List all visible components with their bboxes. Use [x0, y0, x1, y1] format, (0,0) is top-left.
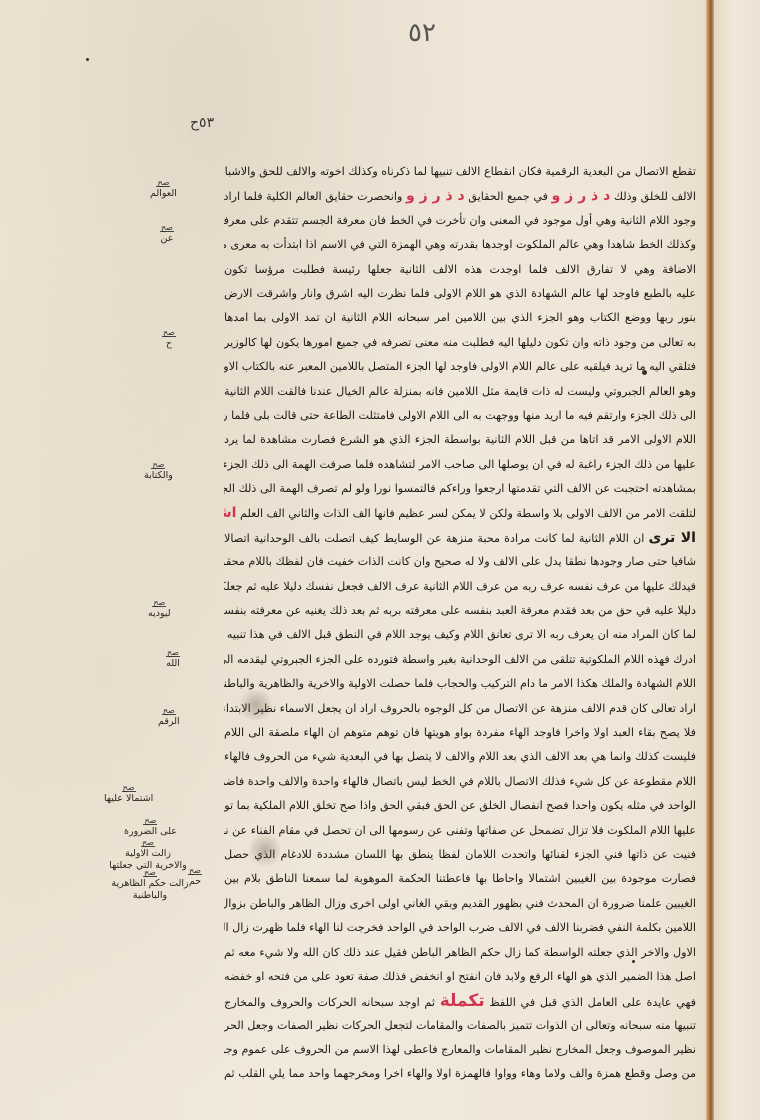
- text-line: عليها اللام الملكوت فلا تزال تضمحل عن صف…: [224, 819, 696, 843]
- body-text: تنبيها منه سبحانه وتعالى ان الذوات تتميز…: [224, 1019, 696, 1032]
- text-line: تنبيها منه سبحانه وتعالى ان الذوات تتميز…: [224, 1014, 696, 1038]
- margin-gloss-text: على الضرورة: [124, 826, 177, 837]
- text-line: بمشاهدته احتجبت عن الالف التي تقدمتها ار…: [224, 477, 696, 501]
- body-text: فصارت موجودة بين الغيبين اشتمالا واحاطا …: [224, 872, 696, 885]
- ink-smudge: [250, 830, 280, 870]
- body-text: فتلقي اليه ما تريد فيلقيه على عالم اللام…: [224, 360, 696, 373]
- body-text: شافيا حتى صار وجودها نطقا يدل على الالف …: [224, 555, 696, 568]
- text-line: بنور ربها ووضع الكتاب وهو الجزء الذي بين…: [224, 306, 696, 330]
- sah-mark-icon: صح: [143, 870, 157, 877]
- binding-gutter: [706, 0, 714, 1120]
- body-text: الالف للخلق وذلك: [614, 190, 696, 203]
- body-text: اصل هذا الضمير الذي هو الهاء الرفع ولابد…: [224, 970, 696, 983]
- body-text: اللام الشهادة والملك هكذا الامر ما دام ا…: [224, 677, 696, 690]
- text-line: عليه بالطبع فاوجد لها عالم الشهادة الذي …: [224, 282, 696, 306]
- text-line: فنيت عن ذاتها فني الجزء لفنائها واتحدت ا…: [224, 843, 696, 867]
- sah-mark-icon: صح: [122, 785, 136, 792]
- text-line: دليلا عليه في حق من بعد فقدم معرفة العبد…: [224, 599, 696, 623]
- sah-mark-icon: صح: [152, 600, 166, 607]
- text-line: الالف للخلق وذلك د ذ ر ز و في جميع الحقا…: [224, 184, 696, 208]
- margin-gloss-text: العوالم: [150, 188, 177, 199]
- margin-gloss: صحح: [162, 330, 176, 350]
- text-line: الى ذلك الجزء وارتقم فيه ما اريد منها وو…: [224, 404, 696, 428]
- text-line: شافيا حتى صار وجودها نطقا يدل على الالف …: [224, 550, 696, 574]
- body-text: فنيت عن ذاتها فني الجزء لفنائها واتحدت ا…: [224, 848, 696, 861]
- sah-mark-icon: صح: [151, 462, 165, 469]
- body-text: عليه بالطبع فاوجد لها عالم الشهادة الذي …: [224, 287, 696, 300]
- text-line: فهي عايدة على العامل الذي قبل في اللفظ ت…: [224, 989, 696, 1013]
- body-text: بنور ربها ووضع الكتاب وهو الجزء الذي بين…: [224, 311, 696, 324]
- rubric-text: د ذ ر ز و: [406, 188, 465, 204]
- text-line: الغيبين علمنا ضرورة ان المحدث فني بظهور …: [224, 892, 696, 916]
- body-text: اللامين بكلمة النفي فضربنا الالف في الال…: [224, 921, 696, 934]
- text-line: فصارت موجودة بين الغيبين اشتمالا واحاطا …: [224, 867, 696, 891]
- body-text: في جميع الحقايق: [468, 190, 548, 203]
- text-line: الاضافة وهي لا تفارق الالف فلما اوجدت هذ…: [224, 258, 696, 282]
- body-text: لتلقت الامر من الالف الاولى بلا واسطة ول…: [240, 507, 696, 520]
- margin-gloss: صححم: [188, 868, 202, 888]
- body-text: بمشاهدته احتجبت عن الالف التي تقدمتها ار…: [224, 482, 696, 495]
- body-text: وجود اللام الثانية وهي أول موجود في المع…: [224, 214, 696, 227]
- text-line: عليها من ذلك الجزء راغبة له في ان يوصلها…: [224, 453, 696, 477]
- body-text: تقطع الاتصال من البعدية الرقمية فكان انق…: [224, 165, 696, 178]
- rubric-text: اشارة: [224, 505, 236, 521]
- manuscript-page: ٥٢ ٥٣ح تقطع الاتصال من البعدية الرقمية ف…: [0, 0, 718, 1120]
- body-text: اللام الاولى الامر قد اتاها من قبل اللام…: [224, 433, 696, 446]
- body-text: اللام مقطوعة عن كل شيء فذلك الاتصال بالل…: [224, 775, 696, 788]
- sah-mark-icon: صح: [162, 708, 176, 715]
- text-line: الاول والاخر الذي جعلته الواسطة كما زال …: [224, 941, 696, 965]
- margin-gloss: صحعن: [160, 225, 174, 245]
- rubric-text: تكملة: [440, 991, 485, 1011]
- margin-gloss-text: زالت حكم الظاهرية والباطنية: [111, 878, 188, 901]
- margin-gloss-text: الرقم: [158, 716, 180, 727]
- margin-gloss: صحاشتمالا عليها: [104, 785, 153, 805]
- margin-gloss: صحوالكتابة: [144, 462, 173, 482]
- body-text: وكذلك الخط شاهدا وهي عالم الملكوت اوجدها…: [224, 238, 696, 251]
- text-line: اللامين بكلمة النفي فضربنا الالف في الال…: [224, 916, 696, 940]
- body-text: الى ذلك الجزء وارتقم فيه ما اريد منها وو…: [224, 409, 696, 422]
- text-line: وكذلك الخط شاهدا وهي عالم الملكوت اوجدها…: [224, 233, 696, 257]
- paper-speck: [642, 370, 647, 375]
- body-text: فهي عايدة على العامل الذي قبل في اللفظ: [489, 996, 696, 1009]
- sah-mark-icon: صح: [143, 818, 157, 825]
- margin-gloss: صحالرقم: [158, 708, 180, 728]
- text-line: الواحد في مثله يكون واحدا فصح انفصال الخ…: [224, 794, 696, 818]
- margin-gloss-text: عن: [161, 233, 174, 244]
- body-text: دليلا عليه في حق من بعد فقدم معرفة العبد…: [224, 604, 696, 617]
- margin-gloss-text: ح: [166, 338, 172, 349]
- folio-number: ٥٢: [408, 18, 436, 48]
- catchword-top: ٥٣ح: [190, 115, 214, 131]
- body-text: الاضافة وهي لا تفارق الالف فلما اوجدت هذ…: [224, 263, 696, 276]
- text-line: فتلقي اليه ما تريد فيلقيه على عالم اللام…: [224, 355, 696, 379]
- body-text: عليها من ذلك الجزء راغبة له في ان يوصلها…: [224, 458, 696, 471]
- main-text-block: تقطع الاتصال من البعدية الرقمية فكان انق…: [224, 160, 696, 1087]
- paper-speck: [86, 58, 89, 61]
- text-line: تقطع الاتصال من البعدية الرقمية فكان انق…: [224, 160, 696, 184]
- text-line: ادرك فهذه اللام الملكوتية تتلقى من الالف…: [224, 648, 696, 672]
- body-text: فيدلك عليها من عرف نفسه عرف ربه من عرف ا…: [224, 580, 696, 593]
- ink-smudge: [236, 690, 276, 720]
- text-line: اراد تعالى كان قدم الالف منزهة عن الاتصا…: [224, 697, 696, 721]
- text-line: نظير الموصوف وجعل المخارج نظير المقامات …: [224, 1038, 696, 1062]
- body-text: نظير الموصوف وجعل المخارج نظير المقامات …: [224, 1043, 696, 1056]
- body-text: ثم اوجد سبحانه الحركات والحروف والمخارج: [224, 996, 435, 1009]
- body-text: لما كان المراد منه ان يعرف ربه الا ترى ت…: [224, 628, 696, 641]
- text-line: اللام الشهادة والملك هكذا الامر ما دام ا…: [224, 672, 696, 696]
- rubric-text: د ذ ر ز و: [552, 188, 611, 204]
- body-text: اراد تعالى كان قدم الالف منزهة عن الاتصا…: [224, 702, 696, 715]
- paper-speck: [632, 960, 635, 963]
- margin-gloss-text: حم: [189, 876, 201, 887]
- sah-mark-icon: صح: [188, 868, 202, 875]
- sah-mark-icon: صح: [162, 330, 176, 337]
- margin-gloss-text: والكتابة: [144, 470, 173, 481]
- body-text: فليست كذلك وانما هي بعد الالف الذي بعد ا…: [224, 750, 696, 763]
- text-line: اللام الاولى الامر قد اتاها من قبل اللام…: [224, 428, 696, 452]
- text-line: به تعالى من وجود ذاته وان تكون دليلها ال…: [224, 331, 696, 355]
- margin-gloss-text: الله: [166, 658, 180, 669]
- body-text: به تعالى من وجود ذاته وان تكون دليلها ال…: [224, 336, 696, 349]
- body-text: وانحصرت حقايق العالم الكلية فلما اراد: [224, 190, 402, 203]
- text-line: لتلقت الامر من الالف الاولى بلا واسطة ول…: [224, 501, 696, 525]
- body-text: عليها اللام الملكوت فلا تزال تضمحل عن صف…: [224, 824, 696, 837]
- body-text: فلا يصح بقاء العبد اولا واخرا فاوجد الها…: [224, 726, 696, 739]
- emphasis-text: الا ترى: [649, 530, 696, 546]
- margin-gloss: صحعلى الضرورة: [124, 818, 177, 838]
- text-line: فلا يصح بقاء العبد اولا واخرا فاوجد الها…: [224, 721, 696, 745]
- text-line: وجود اللام الثانية وهي أول موجود في المع…: [224, 209, 696, 233]
- sah-mark-icon: صح: [156, 180, 170, 187]
- text-line: من وصل وقطع همزة والف ولاما وهاء وواوا ف…: [224, 1062, 696, 1086]
- margin-gloss: صحالعوالم: [150, 180, 177, 200]
- body-text: من وصل وقطع همزة والف ولاما وهاء وواوا ف…: [224, 1067, 696, 1080]
- margin-gloss: صحالله: [166, 650, 180, 670]
- text-line: فيدلك عليها من عرف نفسه عرف ربه من عرف ا…: [224, 575, 696, 599]
- sah-mark-icon: صح: [166, 650, 180, 657]
- text-line: اصل هذا الضمير الذي هو الهاء الرفع ولابد…: [224, 965, 696, 989]
- margin-gloss: صحليوديه: [148, 600, 171, 620]
- body-text: الاول والاخر الذي جعلته الواسطة كما زال …: [224, 946, 696, 959]
- margin-gloss-text: ليوديه: [148, 608, 171, 619]
- text-line: الا ترى ان اللام الثانية لما كانت مرادة …: [224, 526, 696, 550]
- text-line: لما كان المراد منه ان يعرف ربه الا ترى ت…: [224, 623, 696, 647]
- facing-page-edge: [714, 0, 760, 1120]
- margin-gloss-text: اشتمالا عليها: [104, 793, 153, 804]
- text-line: وهو العالم الجبروتي وليست له ذات قايمة م…: [224, 380, 696, 404]
- body-text: ان اللام الثانية لما كانت مرادة محبة منز…: [224, 532, 644, 545]
- text-line: اللام مقطوعة عن كل شيء فذلك الاتصال بالل…: [224, 770, 696, 794]
- sah-mark-icon: صح: [141, 840, 155, 847]
- margin-gloss: صحزالت حكم الظاهرية والباطنية: [110, 870, 190, 902]
- sah-mark-icon: صح: [160, 225, 174, 232]
- body-text: ادرك فهذه اللام الملكوتية تتلقى من الالف…: [224, 653, 696, 666]
- text-line: فليست كذلك وانما هي بعد الالف الذي بعد ا…: [224, 745, 696, 769]
- body-text: الغيبين علمنا ضرورة ان المحدث فني بظهور …: [224, 897, 696, 910]
- body-text: وهو العالم الجبروتي وليست له ذات قايمة م…: [224, 385, 696, 398]
- body-text: الواحد في مثله يكون واحدا فصح انفصال الخ…: [224, 799, 696, 812]
